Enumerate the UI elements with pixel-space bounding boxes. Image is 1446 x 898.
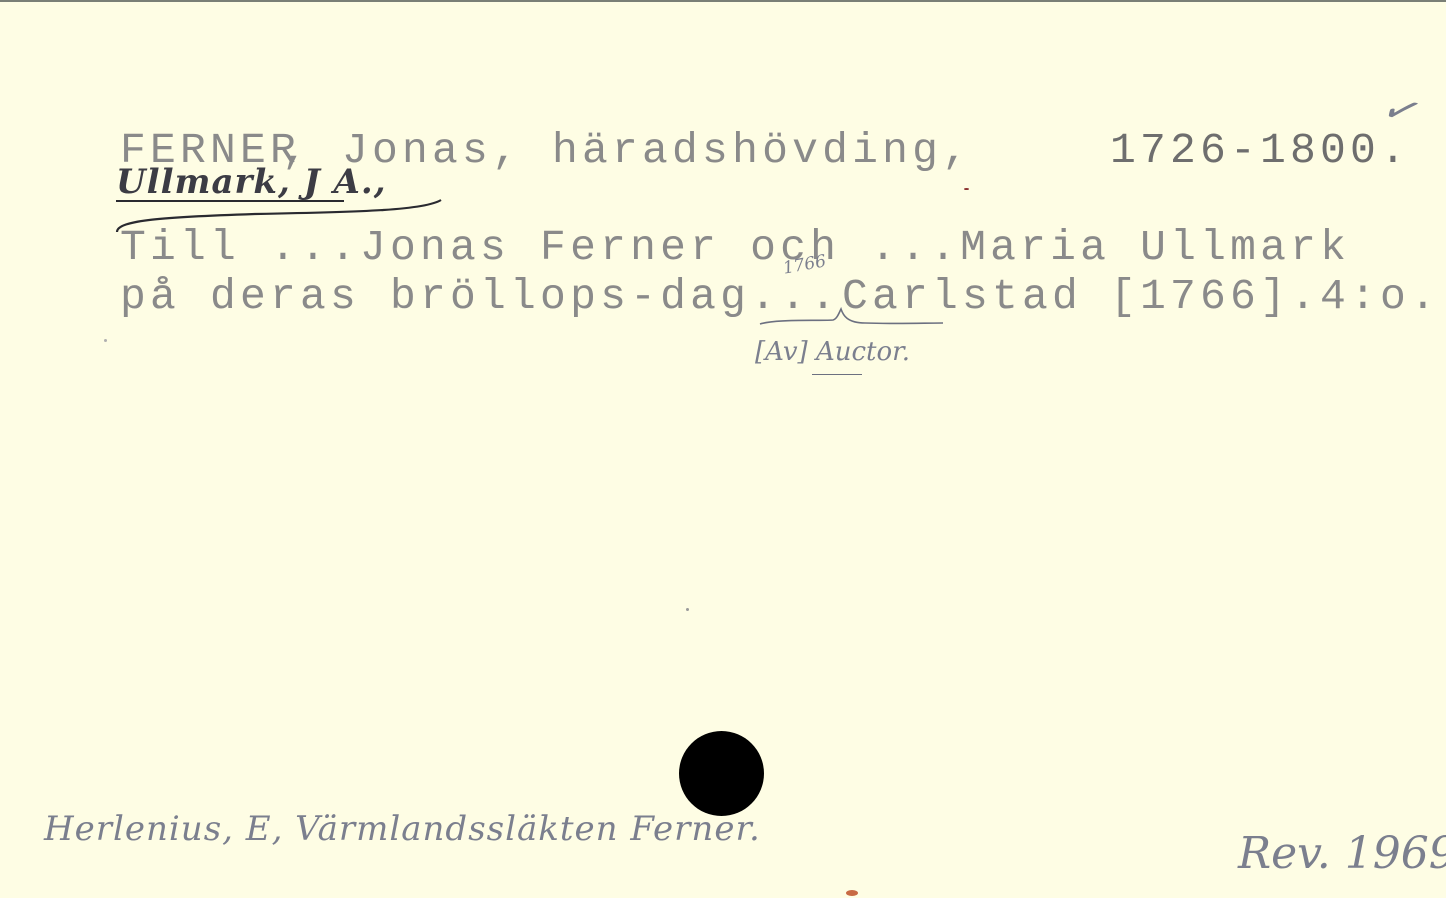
title-line-1: Till ...Jonas Ferner och ...Maria Ullmar…: [120, 226, 1350, 269]
title-line-2-end: ].4:o.: [1260, 275, 1440, 318]
dust-speck: [964, 188, 969, 190]
reference-note: Herlenius, E, Värmlandssläkten Ferner.: [44, 812, 761, 846]
check-mark-icon: ✓: [1377, 86, 1421, 134]
dust-speck: [686, 608, 689, 611]
annotation-braces: [755, 307, 955, 332]
annotation-author: [Av] Auctor.: [755, 339, 910, 365]
title-line-2-date: [1766: [1110, 275, 1260, 318]
dust-speck: [104, 339, 107, 342]
heading-dates: 1726-1800.: [1110, 129, 1410, 172]
punch-hole: [679, 731, 764, 816]
revision-note: Rev. 1969: [1238, 832, 1446, 876]
catalog-card: FERNER , Jonas, häradshövding, 1726-1800…: [0, 0, 1446, 898]
title-line-2-start: på deras bröllops-dag...: [120, 275, 840, 318]
annotation-underline: [812, 374, 862, 375]
stain-speck: [846, 890, 858, 896]
